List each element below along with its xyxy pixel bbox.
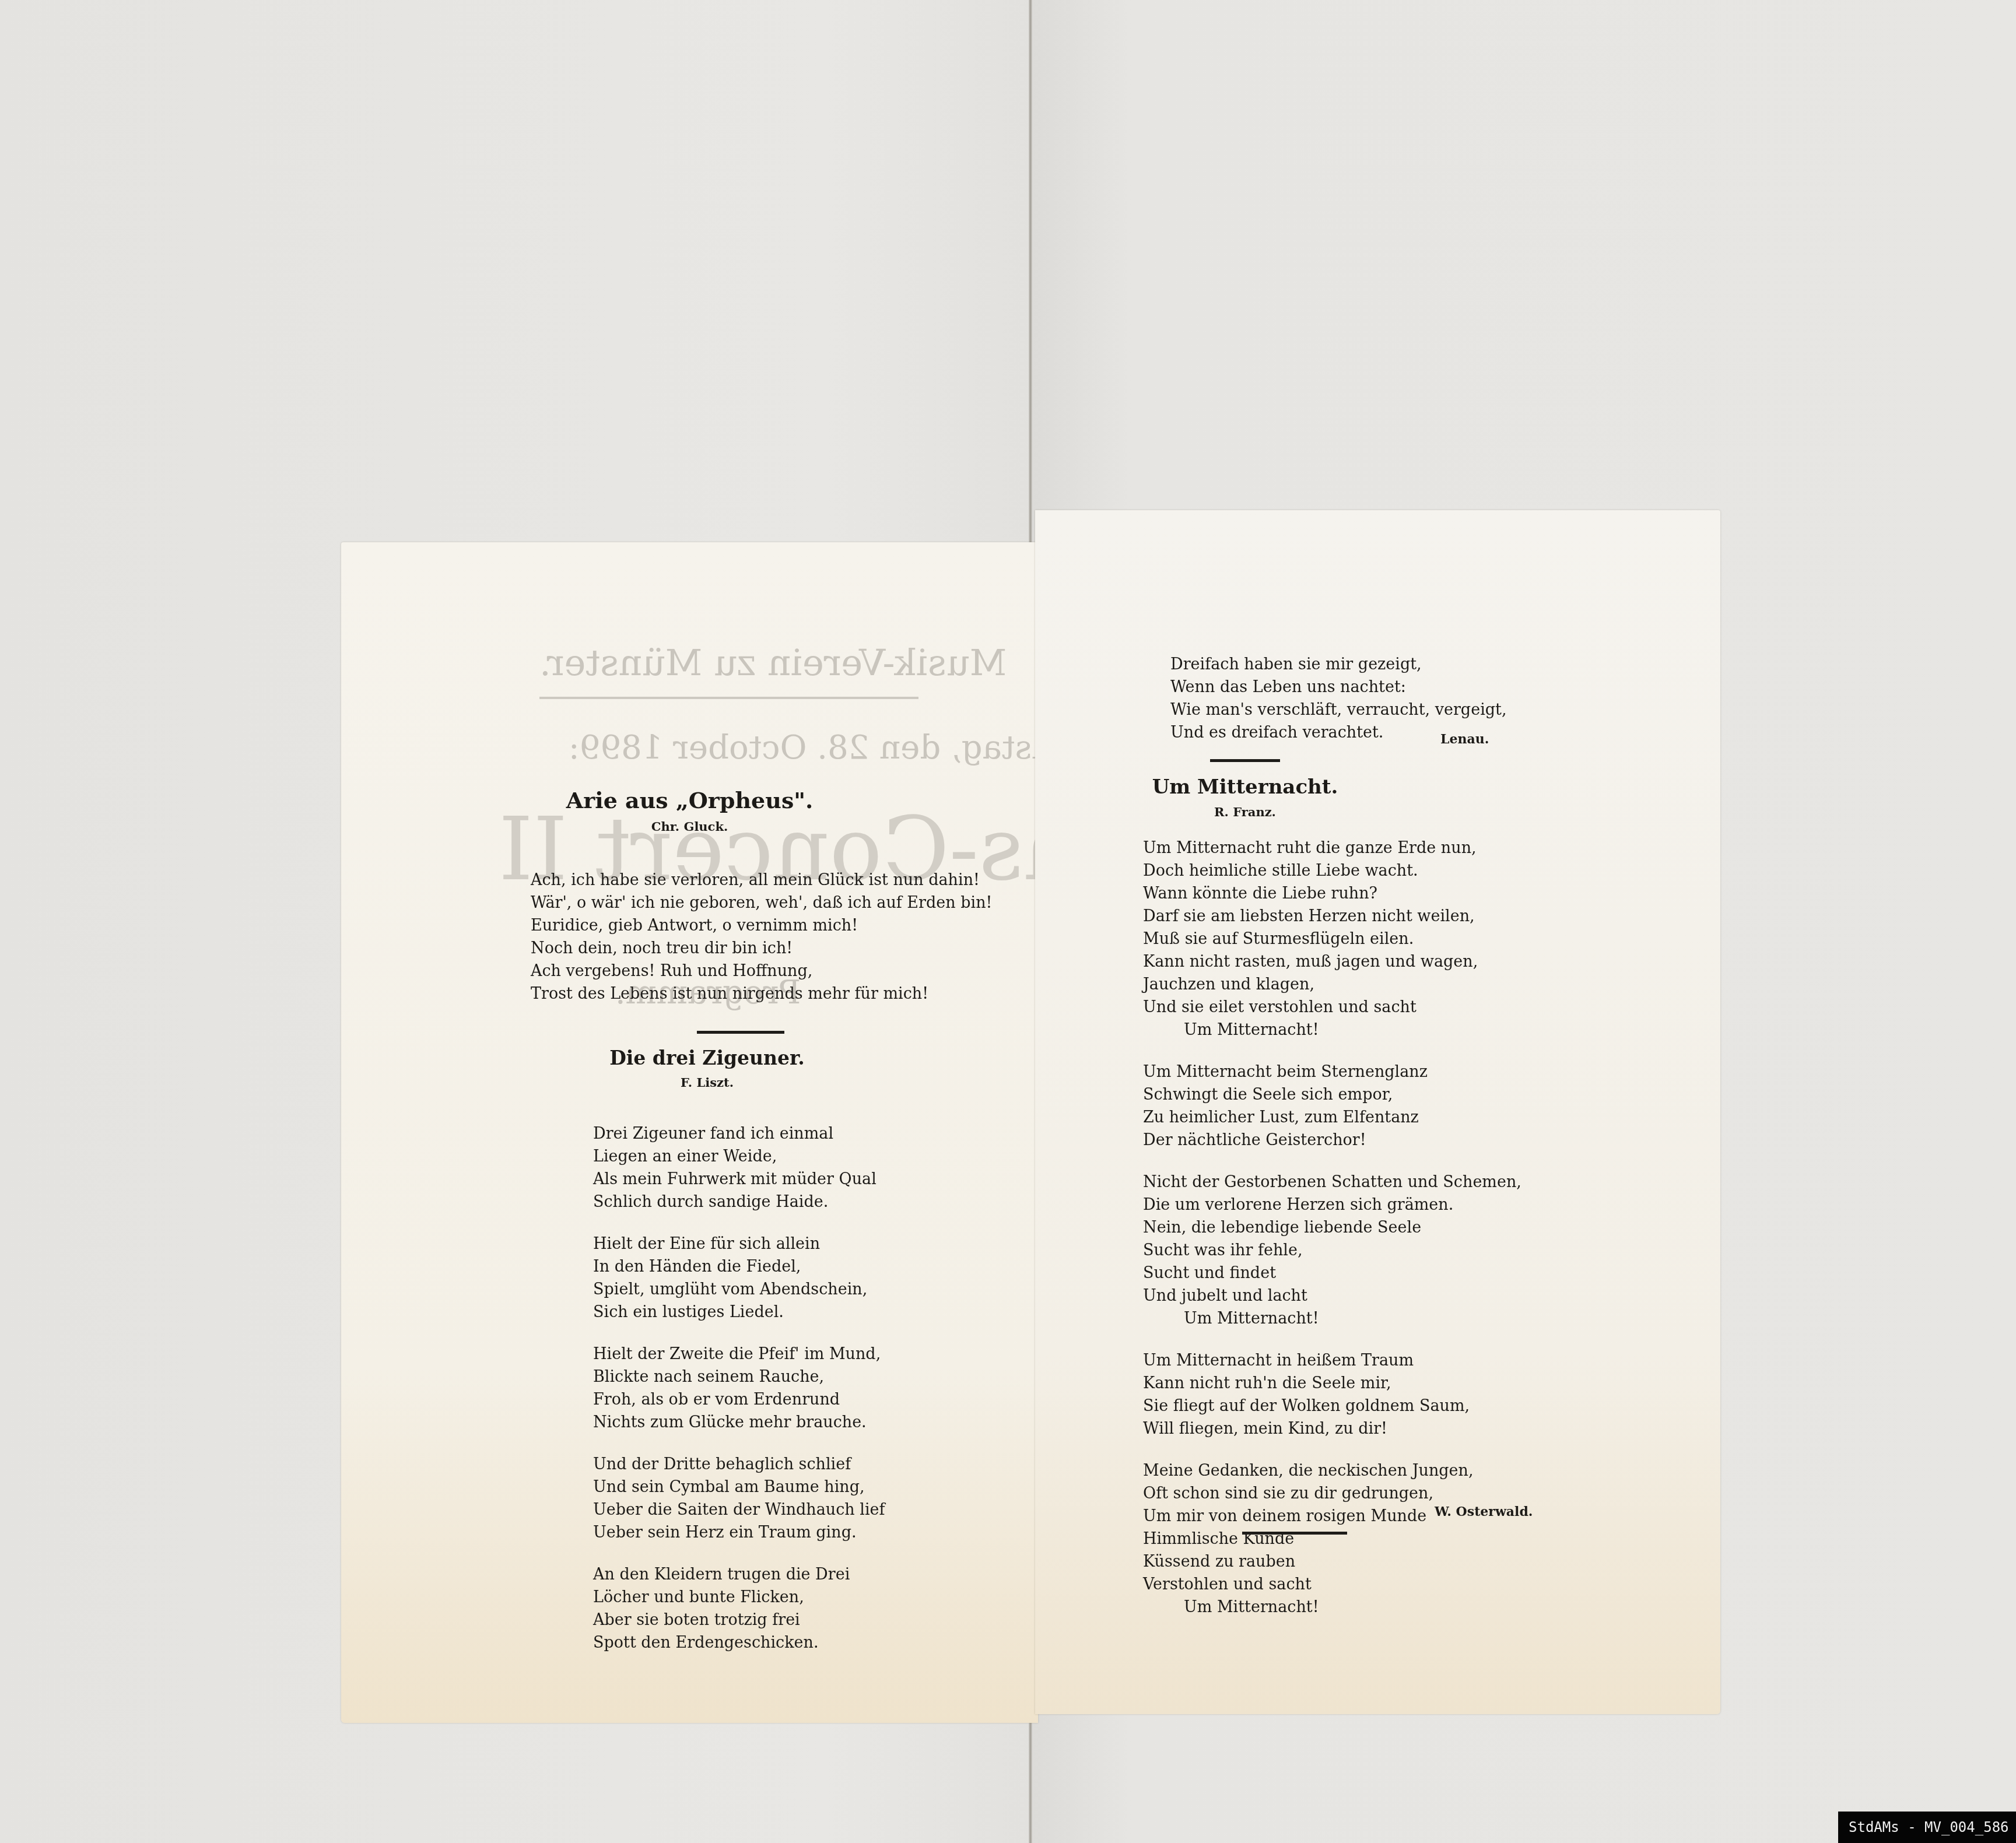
poet-attribution: Lenau.: [1440, 732, 1489, 747]
verse-line: Sie fliegt auf der Wolken goldnem Saum,: [1143, 1395, 1521, 1417]
verse-line: Um Mitternacht beim Sternenglanz: [1143, 1061, 1521, 1083]
stanza: Hielt der Eine für sich allein In den Hä…: [593, 1233, 885, 1324]
verse-line: Aber sie boten trotzig frei: [593, 1609, 885, 1631]
verse-line: Wär', o wär' ich nie geboren, weh', daß …: [531, 891, 992, 914]
song-title: Arie aus „Orpheus".: [341, 787, 1038, 813]
verse-line: Zu heimlicher Lust, zum Elfentanz: [1143, 1106, 1521, 1129]
verse-line: Spott den Erdengeschicken.: [593, 1631, 885, 1654]
song-orpheus: Arie aus „Orpheus". Chr. Gluck.: [341, 787, 1038, 834]
verse-refrain: Um Mitternacht!: [1143, 1307, 1521, 1330]
stanza: An den Kleidern trugen die Drei Löcher u…: [593, 1563, 885, 1654]
verse-line: Und jubelt und lacht: [1143, 1284, 1521, 1307]
verse-line: Nicht der Gestorbenen Schatten und Schem…: [1143, 1171, 1521, 1193]
verse-line: Wie man's verschläft, verraucht, vergeig…: [1170, 698, 1506, 721]
verse-line: Jauchzen und klagen,: [1143, 973, 1521, 996]
section-divider: [1242, 1532, 1347, 1535]
stanza: Hielt der Zweite die Pfeif' im Mund, Bli…: [593, 1343, 885, 1434]
verse-line: Löcher und bunte Flicken,: [593, 1586, 885, 1609]
song-mitternacht: Um Mitternacht. R. Franz.: [1070, 775, 1420, 819]
song-mitternacht-verses: Um Mitternacht ruht die ganze Erde nun, …: [1143, 837, 1521, 1619]
verse-line: Und der Dritte behaglich schlief: [593, 1453, 885, 1476]
verse-line: Froh, als ob er vom Erdenrund: [593, 1388, 885, 1411]
verse-line: Ach vergebens! Ruh und Hoffnung,: [531, 960, 992, 982]
verse-line: Doch heimliche stille Liebe wacht.: [1143, 859, 1521, 882]
verse-line: Und sein Cymbal am Baume hing,: [593, 1476, 885, 1498]
verse-line: Und sie eilet verstohlen und sacht: [1143, 996, 1521, 1019]
verse-line: Blickte nach seinem Rauche,: [593, 1365, 885, 1388]
song-zigeuner-verses: Drei Zigeuner fand ich einmal Liegen an …: [593, 1122, 885, 1673]
verse-line: Um Mitternacht ruht die ganze Erde nun,: [1143, 837, 1521, 859]
verse-line: Ueber sein Herz ein Traum ging.: [593, 1521, 885, 1544]
song-composer: Chr. Gluck.: [341, 819, 1038, 834]
verse-line: Muß sie auf Sturmesflügeln eilen.: [1143, 928, 1521, 950]
verse-refrain: Um Mitternacht!: [1143, 1596, 1521, 1619]
stanza: Um Mitternacht beim Sternenglanz Schwing…: [1143, 1061, 1521, 1152]
verse-line: Spielt, umglüht vom Abendschein,: [593, 1278, 885, 1301]
verse-line: Noch dein, noch treu dir bin ich!: [531, 937, 992, 960]
archive-label: StdAMs - MV_004_586: [1838, 1812, 2016, 1843]
verse-line: Nein, die lebendige liebende Seele: [1143, 1216, 1521, 1239]
verse-line: Schwingt die Seele sich empor,: [1143, 1083, 1521, 1106]
verse-line: Als mein Fuhrwerk mit müder Qual: [593, 1168, 885, 1191]
verse-line: Liegen an einer Weide,: [593, 1145, 885, 1168]
stanza: Drei Zigeuner fand ich einmal Liegen an …: [593, 1122, 885, 1213]
verse-line: Verstohlen und sacht: [1143, 1573, 1521, 1596]
bleed-through-society: Musik-Verein zu Münster.: [539, 641, 1007, 684]
verse-line: Küssend zu rauben: [1143, 1550, 1521, 1573]
verse-line: Drei Zigeuner fand ich einmal: [593, 1122, 885, 1145]
left-page: Musik-Verein zu Münster. Samstag, den 28…: [341, 542, 1038, 1723]
stanza: Nicht der Gestorbenen Schatten und Schem…: [1143, 1171, 1521, 1330]
song-title: Um Mitternacht.: [1070, 775, 1420, 799]
stanza: Um Mitternacht in heißem Traum Kann nich…: [1143, 1349, 1521, 1440]
continuation-stanza: Dreifach haben sie mir gezeigt, Wenn das…: [1170, 653, 1506, 744]
right-page: Dreifach haben sie mir gezeigt, Wenn das…: [1035, 510, 1720, 1714]
verse-line: Meine Gedanken, die neckischen Jungen,: [1143, 1459, 1521, 1482]
verse-line: Der nächtliche Geisterchor!: [1143, 1129, 1521, 1152]
verse-line: Hielt der Eine für sich allein: [593, 1233, 885, 1255]
verse-line: An den Kleidern trugen die Drei: [593, 1563, 885, 1586]
song-title: Die drei Zigeuner.: [376, 1047, 1038, 1069]
bleed-through-date: Samstag, den 28. October 1899:: [569, 729, 1105, 767]
song-zigeuner: Die drei Zigeuner. F. Liszt.: [341, 1047, 1038, 1090]
song-composer: R. Franz.: [1070, 805, 1420, 819]
verse-line: Sucht und findet: [1143, 1262, 1521, 1284]
verse-line: Ach, ich habe sie verloren, all mein Glü…: [531, 869, 992, 891]
section-divider: [1210, 759, 1280, 762]
verse-line: Darf sie am liebsten Herzen nicht weilen…: [1143, 905, 1521, 928]
verse-line: Trost des Lebens ist nun nirgends mehr f…: [531, 982, 992, 1005]
verse-line: Oft schon sind sie zu dir gedrungen,: [1143, 1482, 1521, 1505]
verse-line: Wann könnte die Liebe ruhn?: [1143, 882, 1521, 905]
verse-line: Hielt der Zweite die Pfeif' im Mund,: [593, 1343, 885, 1365]
verse-line: Sich ein lustiges Liedel.: [593, 1301, 885, 1324]
verse-line: Himmlische Kunde: [1143, 1528, 1521, 1550]
verse-line: Dreifach haben sie mir gezeigt,: [1170, 653, 1506, 676]
stanza: Um Mitternacht ruht die ganze Erde nun, …: [1143, 837, 1521, 1041]
poet-attribution: W. Osterwald.: [1435, 1504, 1533, 1519]
verse-line: Nichts zum Glücke mehr brauche.: [593, 1411, 885, 1434]
stanza: Ach, ich habe sie verloren, all mein Glü…: [531, 869, 992, 1005]
verse-line: Euridice, gieb Antwort, o vernimm mich!: [531, 914, 992, 937]
verse-line: Um Mitternacht in heißem Traum: [1143, 1349, 1521, 1372]
verse-line: Will fliegen, mein Kind, zu dir!: [1143, 1417, 1521, 1440]
verse-line: Kann nicht rasten, muß jagen und wagen,: [1143, 950, 1521, 973]
verse-line: Ueber die Saiten der Windhauch lief: [593, 1498, 885, 1521]
song-composer: F. Liszt.: [376, 1075, 1038, 1090]
verse-line: Kann nicht ruh'n die Seele mir,: [1143, 1372, 1521, 1395]
verse-line: Sucht was ihr fehle,: [1143, 1239, 1521, 1262]
section-divider: [697, 1031, 784, 1034]
verse-line: Die um verlorene Herzen sich grämen.: [1143, 1193, 1521, 1216]
verse-refrain: Um Mitternacht!: [1143, 1019, 1521, 1041]
verse-line: Schlich durch sandige Haide.: [593, 1191, 885, 1213]
stanza: Und der Dritte behaglich schlief Und sei…: [593, 1453, 885, 1544]
verse-line: In den Händen die Fiedel,: [593, 1255, 885, 1278]
stanza: Meine Gedanken, die neckischen Jungen, O…: [1143, 1459, 1521, 1619]
bleed-through-rule: [539, 697, 918, 699]
song-orpheus-verses: Ach, ich habe sie verloren, all mein Glü…: [531, 869, 992, 1024]
verse-line: Wenn das Leben uns nachtet:: [1170, 676, 1506, 698]
